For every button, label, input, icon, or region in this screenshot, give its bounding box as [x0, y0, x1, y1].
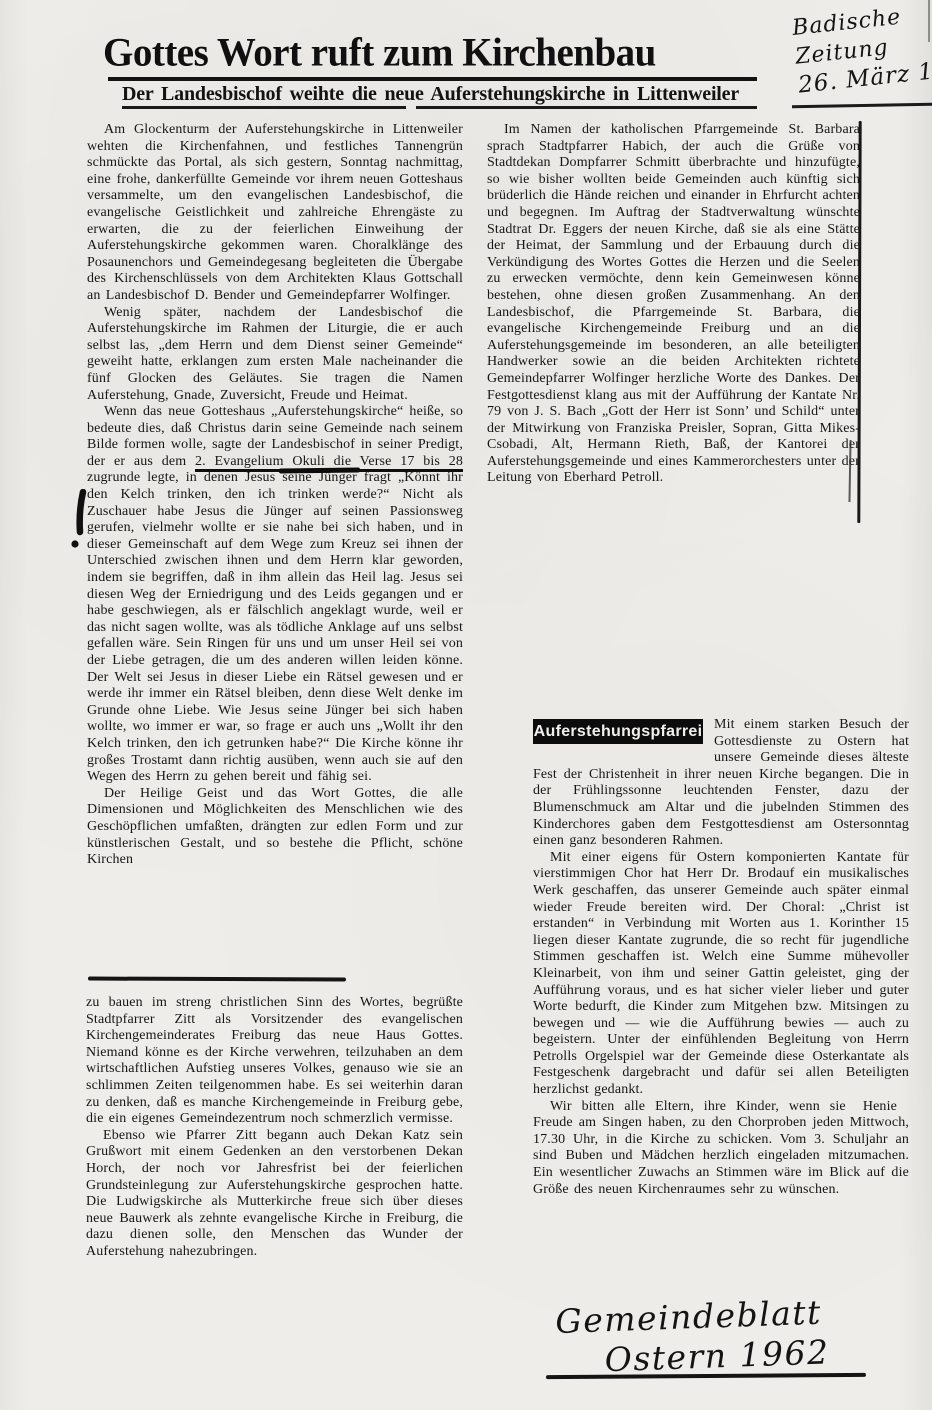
newspaper-clipping-scan: Badische Zeitung 26. März 1962 Gottes Wo…: [0, 0, 932, 1410]
section-divider-rule: [88, 977, 346, 981]
left-paragraph-2: Wenig später, nachdem der Landesbischof …: [87, 305, 463, 405]
parish-label-box: Auferstehungspfarrei: [533, 719, 703, 744]
left-paragraph-5: zu bauen im streng christlichen Sinn des…: [86, 995, 463, 1128]
pen-exclamation-mark: [68, 489, 94, 556]
handwritten-source-note: Badische Zeitung 26. März 1962: [791, 0, 932, 101]
parish-article: AuferstehungspfarreiMit einem starken Be…: [533, 717, 909, 1198]
left-paragraph-6: Ebenso wie Pfarrer Zitt begann auch Deka…: [86, 1128, 463, 1261]
article-subheadline: Der Landesbischof weihte die neue Aufers…: [122, 83, 762, 106]
left-paragraph-3: Wenn das neue Gotteshaus „Auferstehungsk…: [87, 404, 463, 786]
scan-edge-mark: [928, 0, 930, 42]
handwritten-bottom-note: Gemeindeblatt Ostern 1962: [555, 1290, 898, 1382]
handwritten-underline-bottom: [546, 1373, 866, 1379]
right-paragraph-1: Im Namen der katholischen Pfarrgemeinde …: [487, 122, 860, 487]
headline-rule: [108, 77, 757, 81]
subheadline-rule-left: [122, 106, 406, 109]
parish-paragraph-1: AuferstehungspfarreiMit einem starken Be…: [533, 717, 909, 850]
pen-marked-passage: seine Jünger: [282, 470, 357, 485]
author-signature: Henie: [846, 1099, 897, 1116]
left-paragraph-3-text-end: fragt „Könnt ihr den Kelch trinken, den …: [87, 470, 463, 784]
parish-paragraph-3: HenieWir bitten alle Eltern, ihre Kinder…: [533, 1099, 909, 1199]
left-paragraph-3-text-mid: zugrunde legte, in denen Jesus: [87, 470, 282, 485]
parish-paragraph-2: Mit einer eigens für Ostern komponierten…: [533, 850, 909, 1099]
left-paragraph-4: Der Heilige Geist und das Wort Gottes, d…: [87, 786, 463, 869]
right-column: Im Namen der katholischen Pfarrgemeinde …: [487, 122, 860, 487]
left-paragraph-1: Am Glockenturm der Auferstehungskirche i…: [87, 122, 463, 305]
pen-margin-line: [857, 121, 861, 523]
article-headline: Gottes Wort ruft zum Kirchenbau: [103, 29, 765, 76]
left-column: Am Glockenturm der Auferstehungskirche i…: [87, 122, 463, 869]
left-column-continued: zu bauen im streng christlichen Sinn des…: [86, 995, 463, 1261]
handwritten-underline-top: [792, 103, 932, 108]
subheadline-rule-right: [416, 106, 757, 109]
